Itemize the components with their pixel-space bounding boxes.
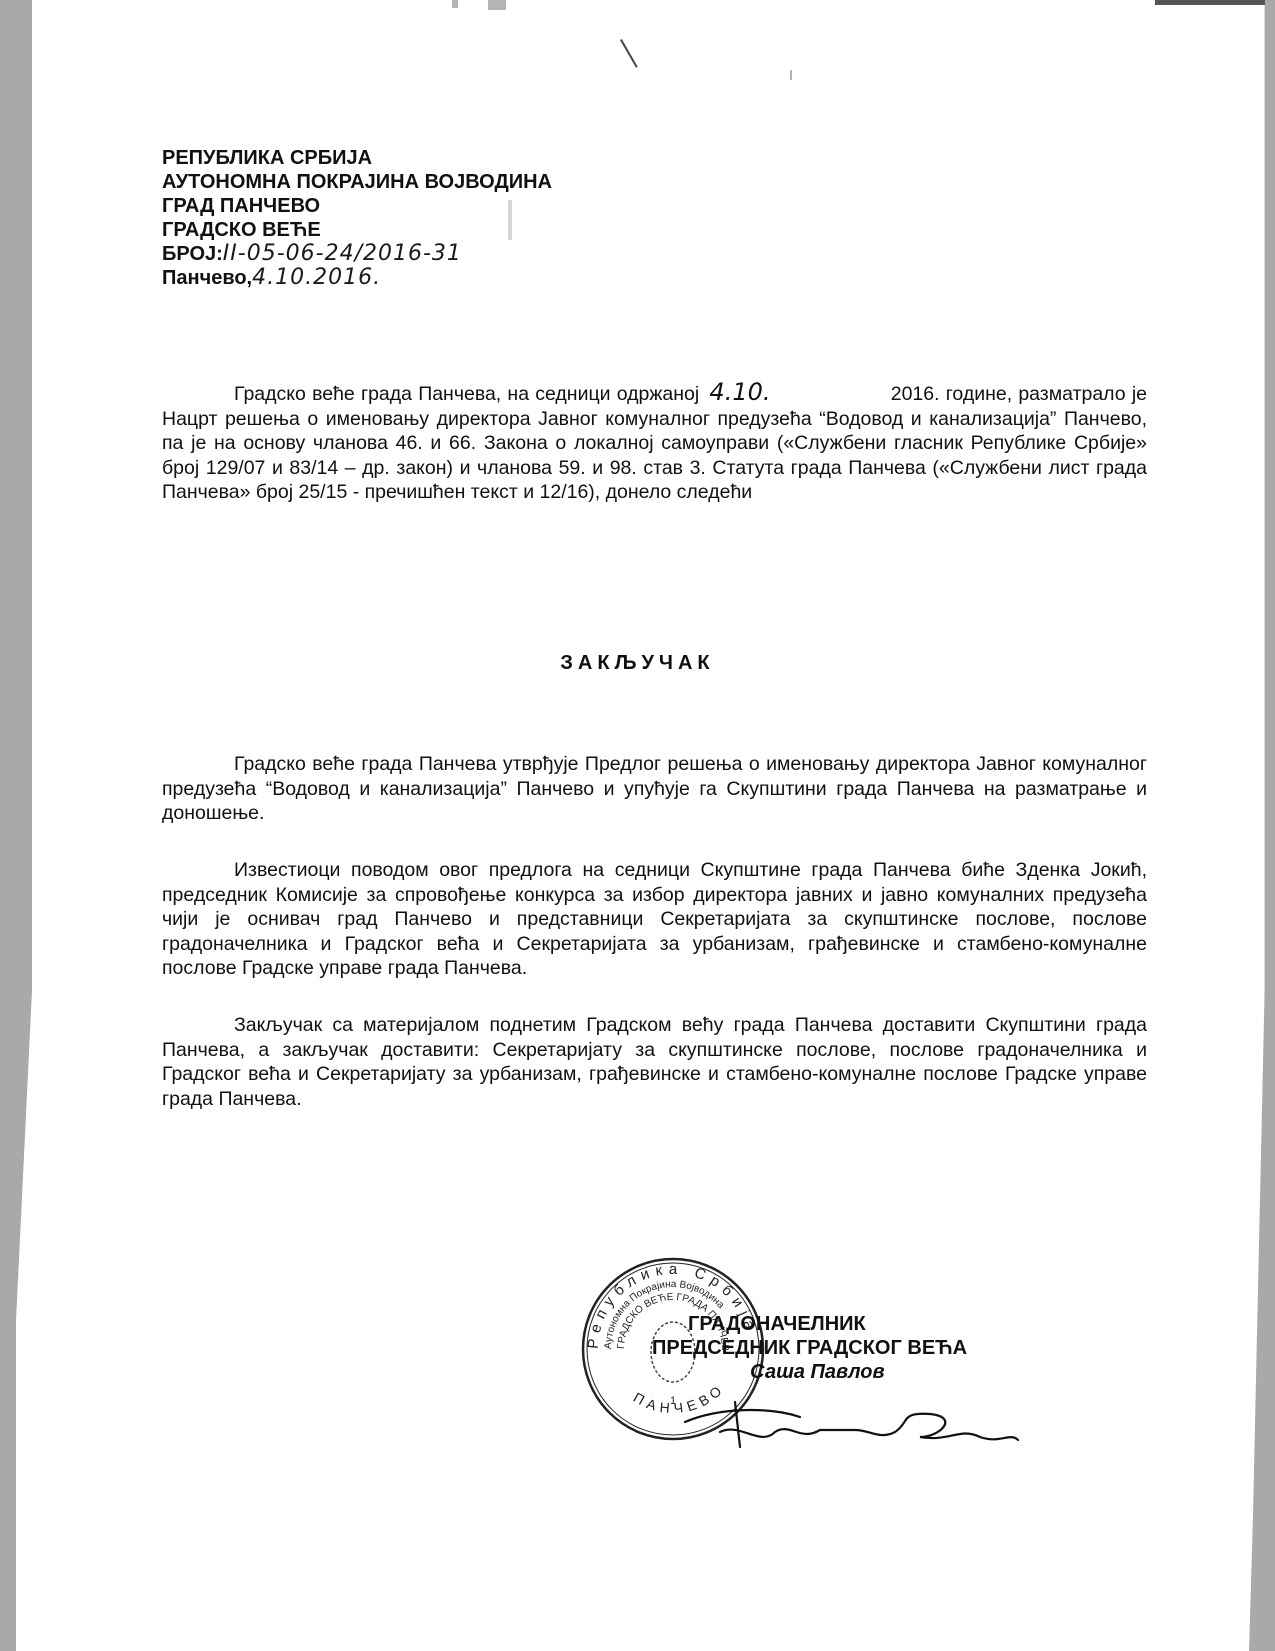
intro-text-before-date: Градско веће града Панчева, на седници о… bbox=[234, 383, 699, 405]
scan-scratch bbox=[620, 39, 638, 68]
number-value: II-05-06-24/2016-31 bbox=[223, 241, 462, 266]
header-line-province: АУТОНОМНА ПОКРАЈИНА ВОЈВОДИНА bbox=[162, 170, 552, 194]
document-place-date: Панчево,4.10.2016. bbox=[162, 266, 552, 290]
signatory-title-president: ПРЕДСЕДНИК ГРАДСКОГ ВЕЋА bbox=[652, 1336, 967, 1360]
svg-text:1: 1 bbox=[670, 1395, 676, 1407]
scan-speck bbox=[488, 0, 506, 10]
date-value: 4.10.2016. bbox=[252, 265, 381, 290]
scan-speck bbox=[790, 70, 792, 80]
signatory-name: Саша Павлов bbox=[652, 1360, 967, 1384]
number-label: БРОЈ: bbox=[162, 243, 223, 265]
header-line-republic: РЕПУБЛИКА СРБИЈА bbox=[162, 146, 552, 170]
session-date-handwritten: 4.10. bbox=[705, 378, 774, 406]
document-title: ЗАКЉУЧАК bbox=[0, 652, 1275, 675]
scan-edge-left bbox=[0, 0, 32, 1651]
header-line-city: ГРАД ПАНЧЕВО bbox=[162, 194, 552, 218]
document-header: РЕПУБЛИКА СРБИЈА АУТОНОМНА ПОКРАЈИНА ВОЈ… bbox=[162, 146, 552, 290]
paragraph-2: Известиоци поводом овог предлога на седн… bbox=[162, 858, 1147, 981]
signatory-title-mayor: ГРАДОНАЧЕЛНИК bbox=[652, 1312, 967, 1336]
paragraph-3: Закључак са материјалом поднетим Градско… bbox=[162, 1013, 1147, 1111]
intro-paragraph: Градско веће града Панчева, на седници о… bbox=[162, 380, 1147, 505]
header-line-council: ГРАДСКО ВЕЋЕ bbox=[162, 218, 552, 242]
document-number: БРОЈ:II-05-06-24/2016-31 bbox=[162, 242, 552, 266]
scan-speck bbox=[452, 0, 458, 8]
signature-block: ГРАДОНАЧЕЛНИК ПРЕДСЕДНИК ГРАДСКОГ ВЕЋА С… bbox=[652, 1312, 967, 1384]
place-label: Панчево, bbox=[162, 267, 252, 289]
handwritten-signature-icon bbox=[680, 1392, 1020, 1452]
paragraph-1: Градско веће града Панчева утврђује Пред… bbox=[162, 752, 1147, 826]
scan-edge-top bbox=[1155, 0, 1265, 5]
scan-edge-right bbox=[1249, 0, 1275, 1651]
